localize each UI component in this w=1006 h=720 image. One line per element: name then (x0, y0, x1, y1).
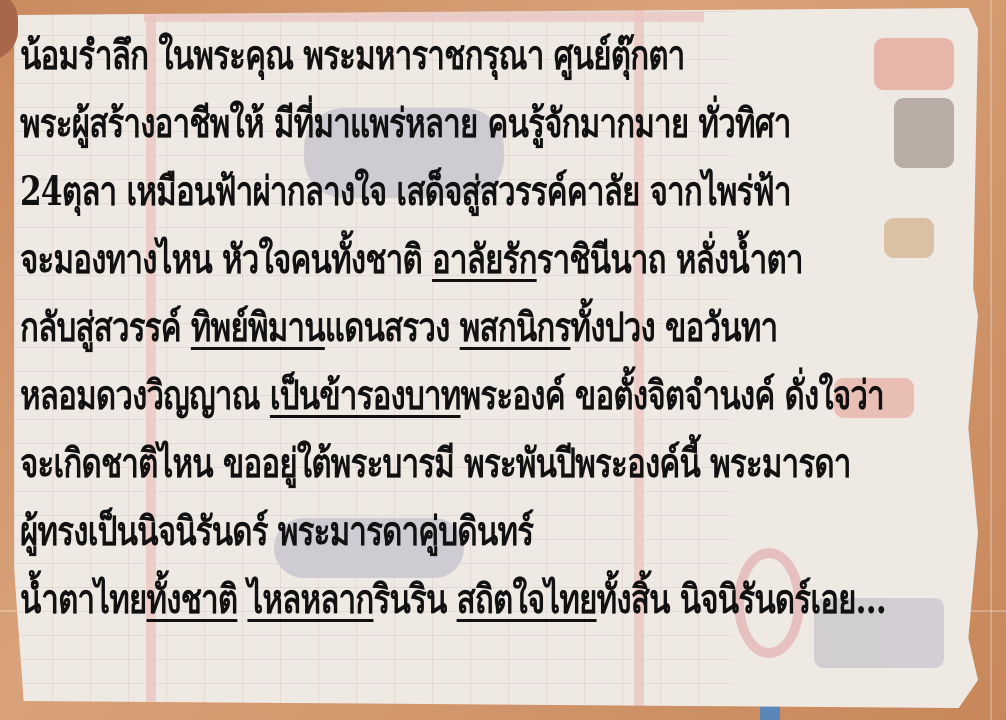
poem-text: ผู้ทรงเป็นนิจนิรันดร์ พระมารดาคู่บดินทร์ (20, 508, 533, 555)
poem-text-underlined: พสกนิกร (460, 304, 571, 351)
poem-text-underlined: เป็นข้ารองบาท (270, 372, 461, 419)
poem-text: ทั้งสิ้น นิจนิรันดร์เอย... (597, 576, 886, 623)
poem-line-4: จะมองทางไหน หัวใจคนทั้งชาติ อาลัยรักราชิ… (20, 226, 761, 294)
poem-text: รินริน (373, 576, 456, 623)
poem-text-underlined: ทั้งชาติ (146, 576, 237, 623)
poem-line-5: กลับสู่สวรรค์ ทิพย์พิมานแดนสรวง พสกนิกรท… (20, 294, 761, 362)
poem-text-underlined: อาลัยรัก (432, 236, 537, 283)
poem-text: ทั้งปวง ขอวันทา (570, 304, 777, 351)
handwritten-poem: น้อมรำลึก ในพระคุณ พระมหาราชกรุณา ศูนย์ต… (20, 22, 761, 634)
poem-text (237, 576, 247, 623)
poem-text: จะเกิดชาติไหน ขออยู่ใต้พระบารมี พระพันปี… (20, 440, 851, 487)
poem-text: จะมองทางไหน หัวใจคนทั้งชาติ (20, 236, 432, 283)
poem-text: 24ตุลา เหมือนฟ้าผ่ากลางใจ เสด็จสู่สวรรค์… (20, 168, 791, 215)
poem-line-7: จะเกิดชาติไหน ขออยู่ใต้พระบารมี พระพันปี… (20, 430, 761, 498)
poem-text-underlined: ทิพย์พิมาน (191, 304, 325, 351)
poem-line-8: ผู้ทรงเป็นนิจนิรันดร์ พระมารดาคู่บดินทร์ (20, 498, 761, 566)
poem-text-underlined: ไหลหลาก (247, 576, 373, 623)
poem-line-9: น้ำตาไทยทั้งชาติ ไหลหลากรินริน สถิตใจไทย… (20, 566, 761, 634)
newsprint-ad-image (874, 38, 954, 90)
poem-text: แดนสรวง (325, 304, 460, 351)
floor-tile-seam (990, 0, 992, 720)
poem-text: พระผู้สร้างอาชีพให้ มีที่มาแพร่หลาย คนรู… (20, 100, 791, 147)
poem-text: กลับสู่สวรรค์ (20, 304, 191, 351)
poem-line-2: พระผู้สร้างอาชีพให้ มีที่มาแพร่หลาย คนรู… (20, 90, 761, 158)
poem-text: ราชินีนาถ หลั่งน้ำตา (537, 236, 803, 283)
poem-text: น้อมรำลึก ในพระคุณ พระมหาราชกรุณา ศูนย์ต… (20, 32, 685, 79)
newsprint-ad-image (894, 98, 954, 168)
newsprint-ad-image (884, 218, 934, 258)
poem-line-1: น้อมรำลึก ในพระคุณ พระมหาราชกรุณา ศูนย์ต… (20, 22, 761, 90)
newspaper-sheet: น้อมรำลึก ในพระคุณ พระมหาราชกรุณา ศูนย์ต… (14, 8, 978, 708)
poem-text: หลอมดวงวิญญาณ (20, 372, 270, 419)
poem-text: น้ำตาไทย (20, 576, 146, 623)
poem-text-underlined: สถิตใจไทย (457, 576, 597, 623)
blue-stand-leg (760, 706, 780, 720)
poem-line-6: หลอมดวงวิญญาณ เป็นข้ารองบาทพระองค์ ขอตั้… (20, 362, 761, 430)
poem-line-3: 24ตุลา เหมือนฟ้าผ่ากลางใจ เสด็จสู่สวรรค์… (20, 158, 761, 226)
newsprint-red-rule (144, 12, 704, 22)
poem-text: พระองค์ ขอตั้งจิตจำนงค์ ดั่งใจว่า (461, 372, 884, 419)
